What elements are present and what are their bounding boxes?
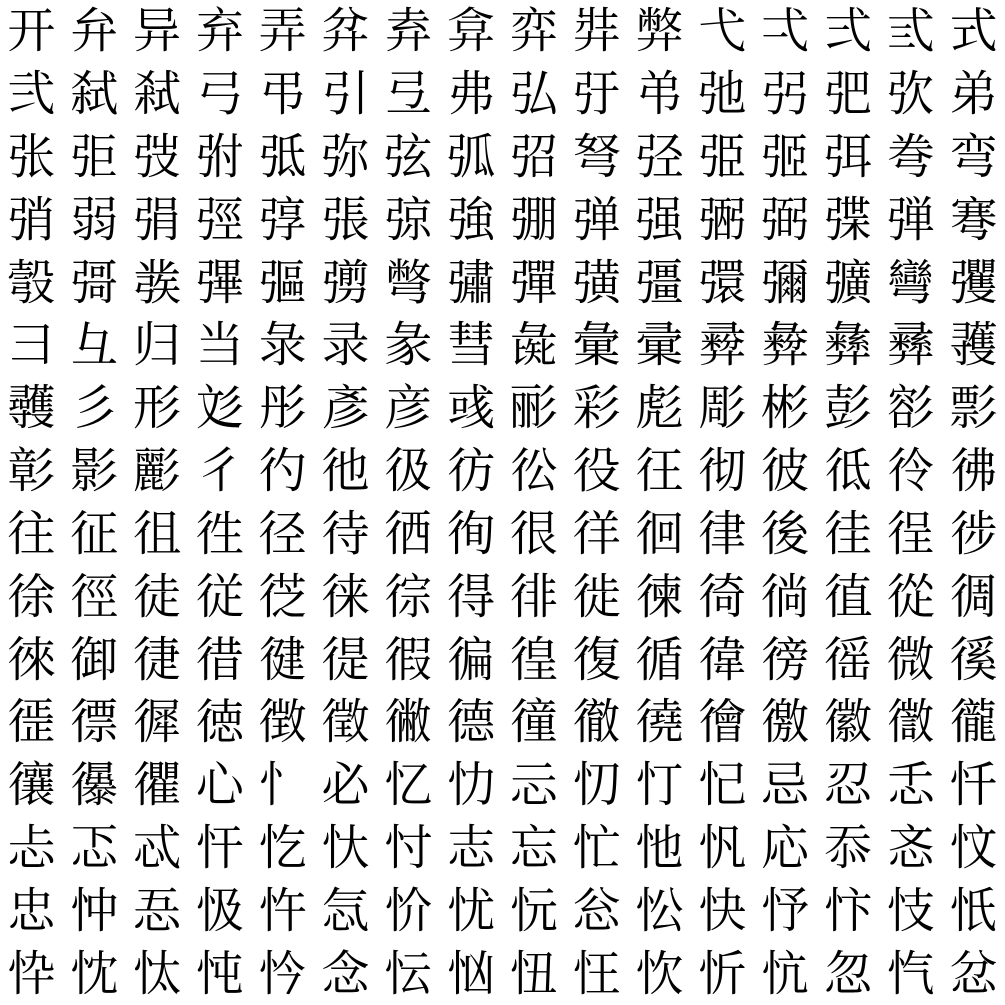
- character-cell: 彀: [0, 251, 63, 314]
- character-cell: 徵: [314, 691, 377, 754]
- character-cell: 忷: [440, 942, 503, 1005]
- character-cell: 忟: [942, 817, 1005, 880]
- character-cell: 忺: [628, 942, 691, 1005]
- character-cell: 忚: [628, 817, 691, 880]
- character-cell: 弣: [188, 126, 251, 189]
- character-cell: 彤: [251, 377, 314, 440]
- character-cell: 弗: [440, 63, 503, 126]
- character-cell: 彂: [126, 251, 189, 314]
- character-cell: 待: [314, 503, 377, 566]
- character-cell: 忩: [565, 879, 628, 942]
- character-cell: 彯: [942, 377, 1005, 440]
- character-cell: 徺: [628, 691, 691, 754]
- character-cell: 弒: [126, 63, 189, 126]
- character-cell: 异: [126, 0, 189, 63]
- character-cell: 忹: [565, 942, 628, 1005]
- character-cell: 彠: [0, 377, 63, 440]
- character-cell: 弾: [879, 188, 942, 251]
- character-cell: 弴: [251, 188, 314, 251]
- character-cell: 強: [440, 188, 503, 251]
- character-cell: 弭: [817, 126, 880, 189]
- character-cell: 忪: [628, 879, 691, 942]
- character-cell: 忔: [251, 817, 314, 880]
- character-cell: 徏: [942, 503, 1005, 566]
- character-cell: 弧: [440, 126, 503, 189]
- character-cell: 彚: [628, 314, 691, 377]
- character-cell: 彉: [565, 251, 628, 314]
- character-cell: 必: [314, 754, 377, 817]
- character-cell: 弍: [817, 0, 880, 63]
- character-cell: 忰: [0, 942, 63, 1005]
- character-cell: 弶: [377, 188, 440, 251]
- character-cell: 形: [126, 377, 189, 440]
- character-cell: 徫: [691, 628, 754, 691]
- character-cell: 彈: [503, 251, 566, 314]
- character-cell: 徂: [126, 503, 189, 566]
- character-cell: 弈: [503, 0, 566, 63]
- character-cell: 心: [188, 754, 251, 817]
- character-cell: 徠: [0, 628, 63, 691]
- character-cell: 弊: [628, 0, 691, 63]
- character-cell: 张: [0, 126, 63, 189]
- character-cell: 弑: [63, 63, 126, 126]
- character-cell: 忊: [628, 754, 691, 817]
- character-cell: 徢: [126, 628, 189, 691]
- character-cell: 徝: [817, 565, 880, 628]
- character-cell: 弱: [63, 188, 126, 251]
- character-cell: 彭: [817, 377, 880, 440]
- character-cell: 弤: [251, 126, 314, 189]
- character-cell: 归: [126, 314, 189, 377]
- character-cell: 徶: [377, 691, 440, 754]
- character-cell: 徒: [126, 565, 189, 628]
- character-cell: 弄: [251, 0, 314, 63]
- character-cell: 彼: [754, 440, 817, 503]
- character-cell: 忑: [63, 817, 126, 880]
- character-cell: 彽: [817, 440, 880, 503]
- character-cell: 徉: [565, 503, 628, 566]
- character-cell: 彖: [377, 314, 440, 377]
- character-cell: 彬: [754, 377, 817, 440]
- character-cell: 弹: [565, 188, 628, 251]
- character-cell: 彔: [251, 314, 314, 377]
- character-cell: 忠: [0, 879, 63, 942]
- character-cell: 彞: [879, 314, 942, 377]
- character-cell: 式: [942, 0, 1005, 63]
- character-cell: 忐: [0, 817, 63, 880]
- character-cell: 忋: [691, 754, 754, 817]
- character-cell: 弫: [691, 126, 754, 189]
- character-cell: 弦: [377, 126, 440, 189]
- character-cell: 彛: [691, 314, 754, 377]
- character-cell: 忴: [251, 942, 314, 1005]
- character-cell: 忶: [377, 942, 440, 1005]
- character-cell: 德: [440, 691, 503, 754]
- character-cell: 弢: [126, 126, 189, 189]
- character-cell: 徖: [377, 565, 440, 628]
- character-cell: 徦: [377, 628, 440, 691]
- character-cell: 徊: [628, 503, 691, 566]
- character-cell: 彟: [942, 314, 1005, 377]
- character-cell: 徿: [942, 691, 1005, 754]
- character-cell: 忥: [314, 879, 377, 942]
- character-cell: 弬: [754, 126, 817, 189]
- character-cell: 復: [565, 628, 628, 691]
- character-cell: 弞: [879, 63, 942, 126]
- character-cell: 弁: [63, 0, 126, 63]
- character-cell: 役: [565, 440, 628, 503]
- character-cell: 彋: [691, 251, 754, 314]
- character-cell: 弎: [879, 0, 942, 63]
- character-cell: 彵: [314, 440, 377, 503]
- character-cell: 忎: [879, 754, 942, 817]
- character-cell: 忣: [188, 879, 251, 942]
- character-cell: 忤: [251, 879, 314, 942]
- character-cell: 忯: [942, 879, 1005, 942]
- character-cell: 彦: [377, 377, 440, 440]
- character-cell: 彣: [188, 377, 251, 440]
- character-cell: 徙: [565, 565, 628, 628]
- character-cell: 徟: [942, 565, 1005, 628]
- character-cell: 徸: [503, 691, 566, 754]
- character-cell: 徱: [63, 691, 126, 754]
- character-cell: 彄: [251, 251, 314, 314]
- character-cell: 徤: [251, 628, 314, 691]
- character-cell: 忽: [817, 942, 880, 1005]
- character-cell: 徆: [377, 503, 440, 566]
- character-cell: 徐: [0, 565, 63, 628]
- character-cell: 彗: [440, 314, 503, 377]
- character-cell: 忸: [503, 942, 566, 1005]
- character-cell: 得: [440, 565, 503, 628]
- character-cell: 弓: [188, 63, 251, 126]
- character-cell: 忢: [126, 879, 189, 942]
- character-cell: 徳: [188, 691, 251, 754]
- character-cell: 彻: [691, 440, 754, 503]
- character-cell: 弝: [817, 63, 880, 126]
- character-cell: 彿: [942, 440, 1005, 503]
- character-cell: 影: [63, 440, 126, 503]
- character-cell: 弛: [691, 63, 754, 126]
- character-cell: 彜: [754, 314, 817, 377]
- character-cell: 彧: [440, 377, 503, 440]
- character-cell: 忻: [691, 942, 754, 1005]
- character-cell: 当: [188, 314, 251, 377]
- character-cell: 弲: [126, 188, 189, 251]
- character-cell: 彩: [565, 377, 628, 440]
- character-cell: 弋: [691, 0, 754, 63]
- character-cell: 徲: [126, 691, 189, 754]
- character-cell: 徔: [251, 565, 314, 628]
- character-cell: 弯: [942, 126, 1005, 189]
- character-cell: 弚: [628, 63, 691, 126]
- character-cell: 忳: [188, 942, 251, 1005]
- character-cell: 往: [0, 503, 63, 566]
- character-cell: 忕: [314, 817, 377, 880]
- character-cell: 录: [314, 314, 377, 377]
- character-cell: 忿: [942, 942, 1005, 1005]
- character-cell: 徍: [817, 503, 880, 566]
- character-cell: 弅: [314, 0, 377, 63]
- character-cell: 徚: [628, 565, 691, 628]
- character-cell: 徬: [754, 628, 817, 691]
- character-cell: 彳: [188, 440, 251, 503]
- character-cell: 弥: [314, 126, 377, 189]
- character-cell: 律: [691, 503, 754, 566]
- character-cell: 忨: [503, 879, 566, 942]
- character-cell: 弡: [63, 126, 126, 189]
- character-cell: 忘: [503, 817, 566, 880]
- character-cell: 忲: [126, 942, 189, 1005]
- character-cell: 彊: [628, 251, 691, 314]
- character-cell: 忒: [126, 817, 189, 880]
- character-cell: 徽: [817, 691, 880, 754]
- character-cell: 忭: [817, 879, 880, 942]
- character-cell: 忛: [691, 817, 754, 880]
- character-cell: 彥: [314, 377, 377, 440]
- character-cell: 念: [314, 942, 377, 1005]
- character-cell: 弆: [377, 0, 440, 63]
- character-cell: 応: [754, 817, 817, 880]
- character-cell: 彨: [503, 377, 566, 440]
- character-cell: 彍: [817, 251, 880, 314]
- character-cell: 彇: [440, 251, 503, 314]
- character-cell: 徨: [503, 628, 566, 691]
- character-cell: 忾: [879, 942, 942, 1005]
- character-grid: 开弁异弃弄弅弆弇弈弉弊弋弌弍弎式弐弑弒弓弔引弖弗弘弙弚弛弜弝弞弟张弡弢弣弤弥弦弧…: [0, 0, 1005, 1005]
- character-cell: 忙: [565, 817, 628, 880]
- character-cell: 御: [63, 628, 126, 691]
- character-cell: 弿: [942, 188, 1005, 251]
- character-cell: 忦: [377, 879, 440, 942]
- character-cell: 徣: [188, 628, 251, 691]
- character-cell: 弌: [754, 0, 817, 63]
- character-cell: 弳: [188, 188, 251, 251]
- character-cell: 徇: [440, 503, 503, 566]
- character-cell: 彙: [565, 314, 628, 377]
- character-cell: 徧: [440, 628, 503, 691]
- character-cell: 徥: [314, 628, 377, 691]
- character-cell: 快: [691, 879, 754, 942]
- character-cell: 彝: [817, 314, 880, 377]
- character-cell: 忏: [942, 754, 1005, 817]
- character-cell: 彷: [440, 440, 503, 503]
- character-cell: 彏: [942, 251, 1005, 314]
- character-cell: 徰: [0, 691, 63, 754]
- character-cell: 征: [63, 503, 126, 566]
- character-cell: 忂: [126, 754, 189, 817]
- character-cell: 彪: [628, 377, 691, 440]
- character-cell: 开: [0, 0, 63, 63]
- character-cell: 徹: [565, 691, 628, 754]
- character-cell: 忼: [754, 942, 817, 1005]
- character-cell: 後: [754, 503, 817, 566]
- character-cell: 弜: [754, 63, 817, 126]
- character-cell: 徭: [817, 628, 880, 691]
- character-cell: 従: [188, 565, 251, 628]
- character-cell: 彸: [503, 440, 566, 503]
- character-cell: 循: [628, 628, 691, 691]
- character-cell: 弔: [251, 63, 314, 126]
- character-cell: 徎: [879, 503, 942, 566]
- character-cell: 從: [879, 565, 942, 628]
- character-cell: 徘: [503, 565, 566, 628]
- character-cell: 彅: [314, 251, 377, 314]
- character-cell: 彌: [754, 251, 817, 314]
- character-cell: 彑: [63, 314, 126, 377]
- character-cell: 忞: [879, 817, 942, 880]
- character-cell: 弻: [691, 188, 754, 251]
- character-cell: 徾: [879, 691, 942, 754]
- character-cell: 忇: [440, 754, 503, 817]
- character-cell: 徴: [251, 691, 314, 754]
- character-cell: 忀: [0, 754, 63, 817]
- character-cell: 忍: [817, 754, 880, 817]
- character-cell: 徃: [188, 503, 251, 566]
- character-cell: 强: [628, 188, 691, 251]
- character-cell: 徑: [63, 565, 126, 628]
- character-cell: 徯: [942, 628, 1005, 691]
- character-cell: 忖: [377, 817, 440, 880]
- character-cell: 彆: [377, 251, 440, 314]
- character-cell: 微: [879, 628, 942, 691]
- character-cell: 彴: [251, 440, 314, 503]
- character-cell: 忡: [63, 879, 126, 942]
- character-cell: 彐: [0, 314, 63, 377]
- character-cell: 彡: [63, 377, 126, 440]
- character-cell: 弼: [754, 188, 817, 251]
- character-cell: 忌: [754, 754, 817, 817]
- character-cell: 弙: [565, 63, 628, 126]
- character-cell: 忄: [251, 754, 314, 817]
- character-cell: 徜: [754, 565, 817, 628]
- character-cell: 弐: [0, 63, 63, 126]
- character-cell: 彰: [0, 440, 63, 503]
- character-cell: 忱: [63, 942, 126, 1005]
- character-cell: 弃: [188, 0, 251, 63]
- character-cell: 忆: [377, 754, 440, 817]
- character-cell: 忮: [879, 879, 942, 942]
- character-cell: 忬: [754, 879, 817, 942]
- character-cell: 弮: [879, 126, 942, 189]
- character-cell: 彶: [377, 440, 440, 503]
- character-cell: 弟: [942, 63, 1005, 126]
- character-cell: 忉: [565, 754, 628, 817]
- character-cell: 忝: [817, 817, 880, 880]
- character-cell: 彘: [503, 314, 566, 377]
- character-cell: 弇: [440, 0, 503, 63]
- character-cell: 忓: [188, 817, 251, 880]
- character-cell: 忁: [63, 754, 126, 817]
- character-cell: 徼: [754, 691, 817, 754]
- character-cell: 弰: [0, 188, 63, 251]
- character-cell: 忧: [440, 879, 503, 942]
- character-cell: 引: [314, 63, 377, 126]
- character-cell: 彺: [628, 440, 691, 503]
- character-cell: 弪: [628, 126, 691, 189]
- character-cell: 忈: [503, 754, 566, 817]
- character-cell: 弨: [503, 126, 566, 189]
- character-cell: 彁: [63, 251, 126, 314]
- character-cell: 弘: [503, 63, 566, 126]
- character-cell: 彃: [188, 251, 251, 314]
- character-cell: 弉: [565, 0, 628, 63]
- character-cell: 志: [440, 817, 503, 880]
- character-cell: 徛: [691, 565, 754, 628]
- character-cell: 彮: [879, 377, 942, 440]
- character-cell: 徕: [314, 565, 377, 628]
- character-cell: 很: [503, 503, 566, 566]
- character-cell: 徻: [691, 691, 754, 754]
- character-cell: 弖: [377, 63, 440, 126]
- character-cell: 弽: [817, 188, 880, 251]
- character-cell: 彲: [126, 440, 189, 503]
- character-cell: 彫: [691, 377, 754, 440]
- character-cell: 径: [251, 503, 314, 566]
- character-cell: 弩: [565, 126, 628, 189]
- character-cell: 彎: [879, 251, 942, 314]
- character-cell: 張: [314, 188, 377, 251]
- character-cell: 弸: [503, 188, 566, 251]
- character-cell: 彾: [879, 440, 942, 503]
